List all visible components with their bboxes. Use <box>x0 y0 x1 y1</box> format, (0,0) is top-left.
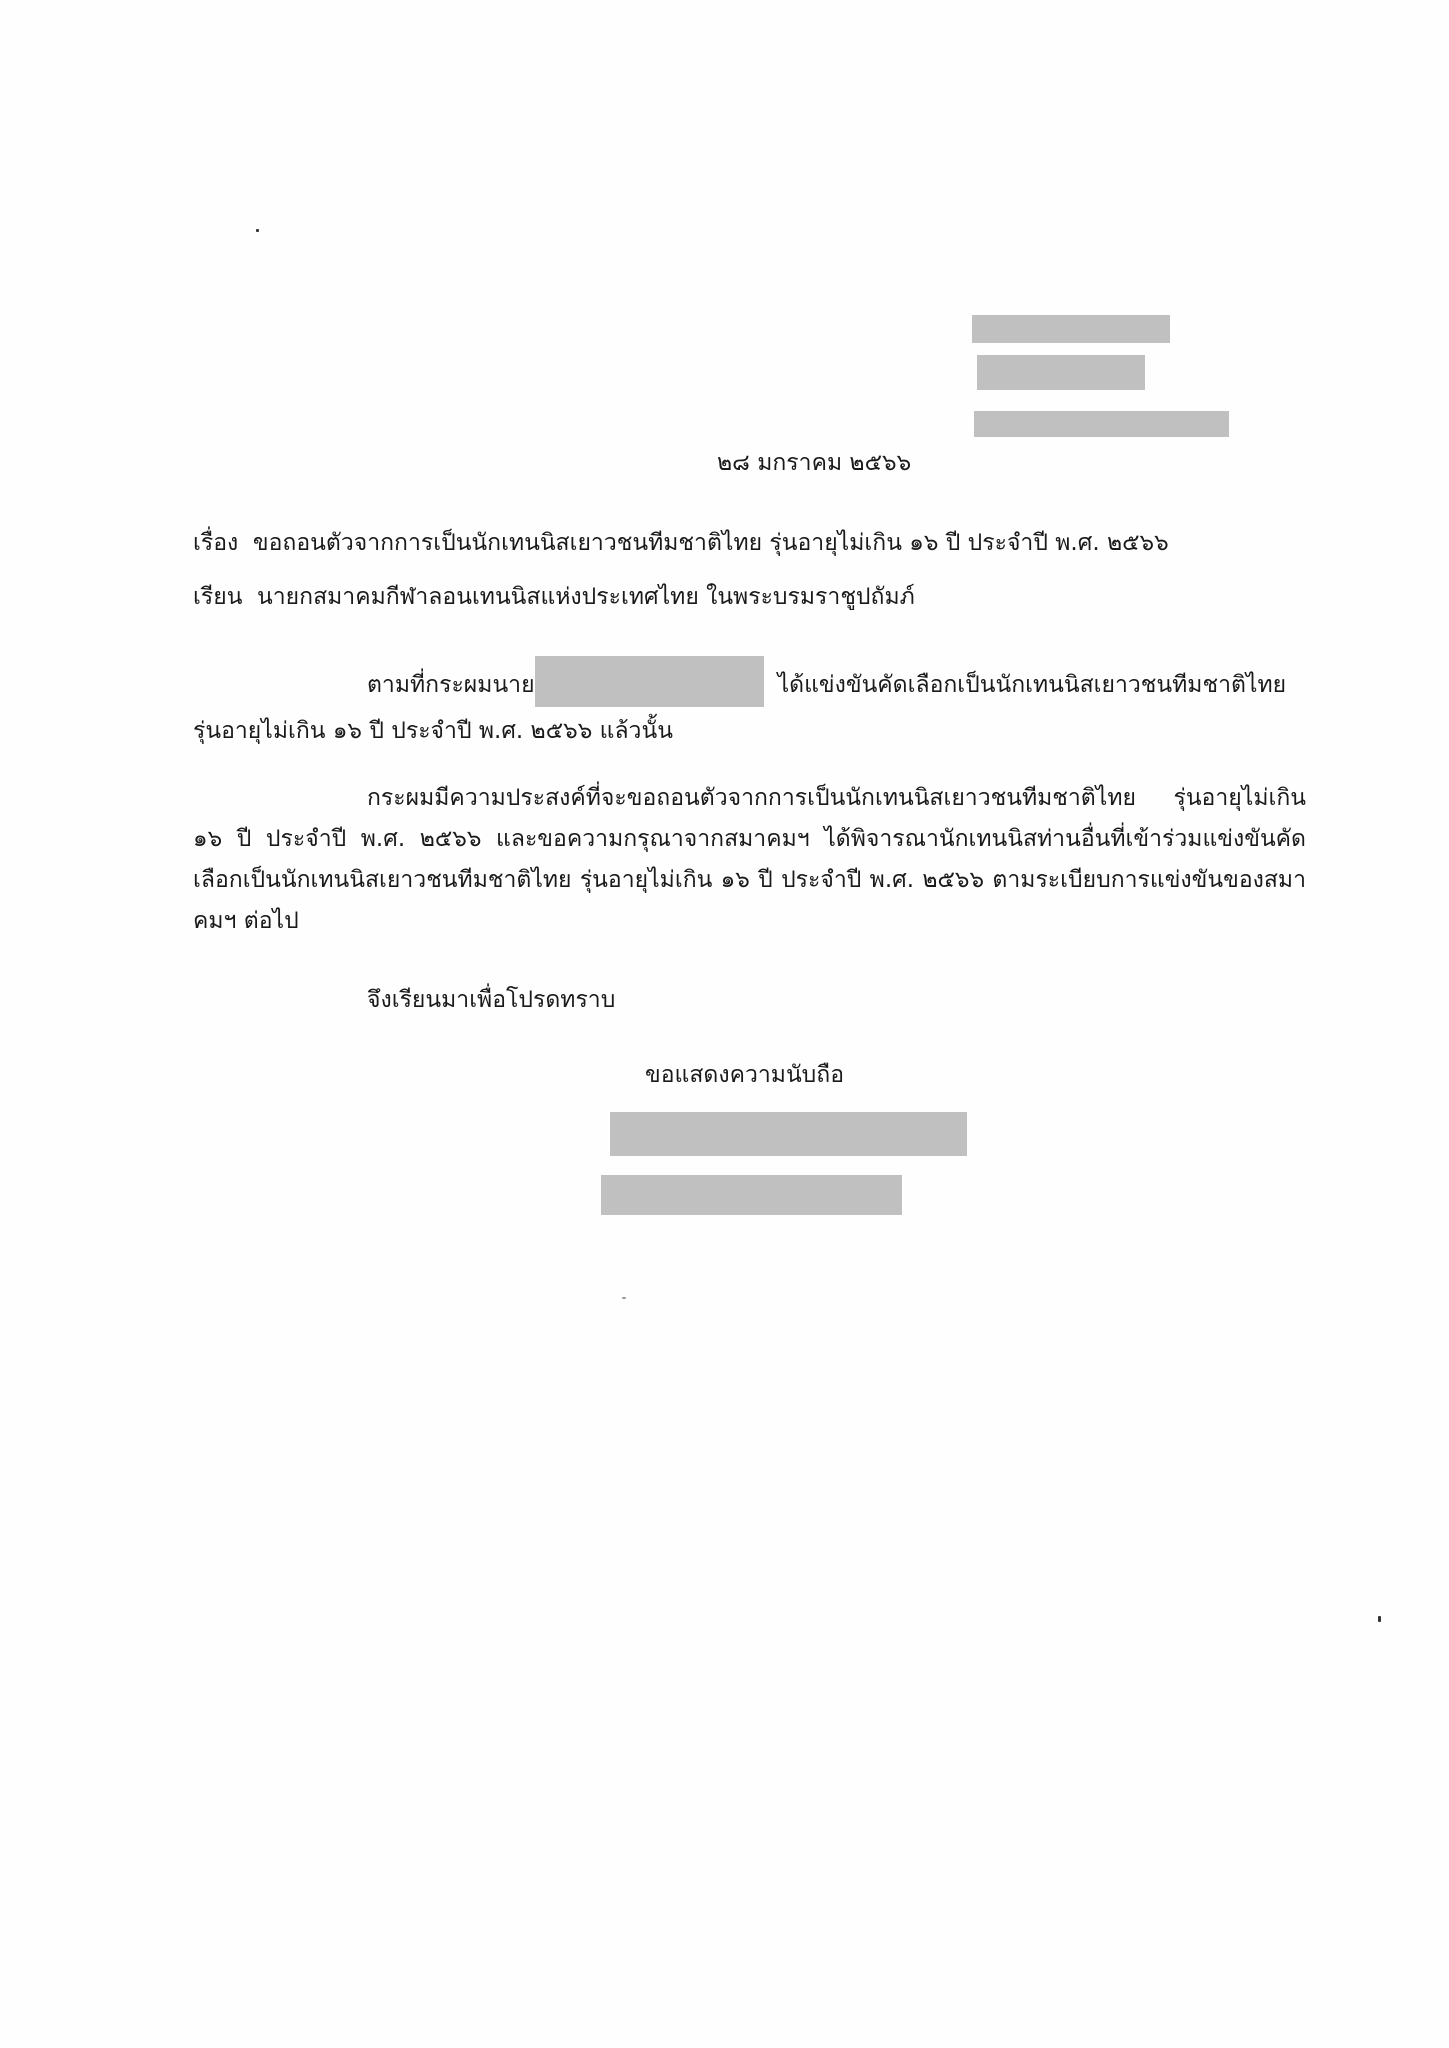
scan-speck <box>256 229 259 232</box>
redacted-signature <box>610 1112 967 1156</box>
valediction: ขอแสดงความนับถือ <box>645 1060 844 1090</box>
subject-text: ขอถอนตัวจากการเป็นนักเทนนิสเยาวชนทีมชาติ… <box>253 530 1169 556</box>
closing-statement: จึงเรียนมาเพื่อโปรดทราบ <box>367 985 615 1015</box>
recipient-line: เรียน นายกสมาคมกีฬาลอนเทนนิสแห่งประเทศไท… <box>193 582 915 612</box>
redacted-address-line-3 <box>974 411 1229 437</box>
scan-speck <box>1378 1616 1381 1622</box>
paragraph2-text: กระผมมีความประสงค์ที่จะขอถอนตัวจากการเป็… <box>193 785 1306 934</box>
letter-date: ๒๘ มกราคม ๒๕๖๖ <box>717 448 911 478</box>
redacted-name <box>535 656 764 707</box>
body-paragraph-1: ตามที่กระผมนายได้แข่งขันคัดเลือกเป็นนักเ… <box>193 660 1306 752</box>
letter-page: ๒๘ มกราคม ๒๕๖๖ เรื่อง ขอถอนตัวจากการเป็น… <box>0 0 1449 2048</box>
recipient-text: นายกสมาคมกีฬาลอนเทนนิสแห่งประเทศไทย ในพร… <box>257 584 915 610</box>
redacted-signer-name <box>601 1175 902 1215</box>
scan-speck <box>622 1297 626 1299</box>
redacted-address-line-1 <box>972 315 1170 343</box>
paragraph1-before-name: ตามที่กระผมนาย <box>367 672 535 698</box>
redacted-address-line-2 <box>977 355 1145 390</box>
subject-line: เรื่อง ขอถอนตัวจากการเป็นนักเทนนิสเยาวชน… <box>193 528 1169 558</box>
body-paragraph-2: กระผมมีความประสงค์ที่จะขอถอนตัวจากการเป็… <box>193 778 1306 942</box>
recipient-label: เรียน <box>193 584 242 610</box>
subject-label: เรื่อง <box>193 530 238 556</box>
